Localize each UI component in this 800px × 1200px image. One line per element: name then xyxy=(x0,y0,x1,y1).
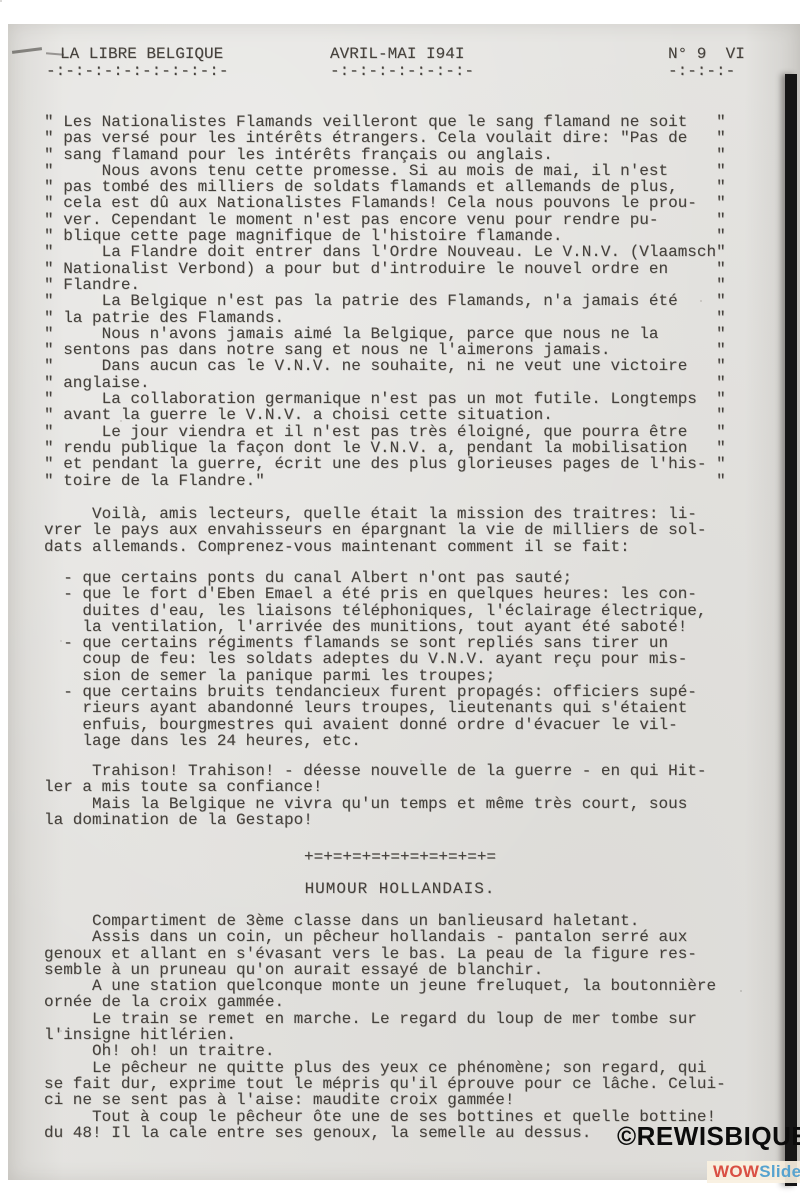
humour-paragraphs: Compartiment de 3ème classe dans un banl… xyxy=(44,913,726,1141)
trahison-paragraph: Trahison! Trahison! - déesse nouvelle de… xyxy=(44,763,707,828)
text-line: duites d'eau, les liaisons téléphoniques… xyxy=(44,603,707,619)
text-line: " sang flamand pour les intérêts françai… xyxy=(44,147,726,163)
issue-number: N° 9 VI xyxy=(668,46,745,62)
text-line: " Nous n'avons jamais aimé la Belgique, … xyxy=(44,326,726,342)
text-line: la ventilation, l'arrivée des munitions,… xyxy=(44,619,707,635)
text-line: Mais la Belgique ne vivra qu'un temps et… xyxy=(44,796,707,812)
text-line: sion de semer la panique parmi les troup… xyxy=(44,668,707,684)
text-line: " et pendant la guerre, écrit une des pl… xyxy=(44,456,726,472)
text-line: Le pêcheur ne quitte plus des yeux ce ph… xyxy=(44,1060,726,1076)
text-line: " La Flandre doit entrer dans l'Ordre No… xyxy=(44,244,726,260)
text-line: " La Belgique n'est pas la patrie des Fl… xyxy=(44,293,726,309)
text-line: A une station quelconque monte un jeune … xyxy=(44,978,726,994)
text-line: " sentons pas dans notre sang et nous ne… xyxy=(44,342,726,358)
text-line: Compartiment de 3ème classe dans un banl… xyxy=(44,913,726,929)
wowslider-watermark: WOWSlider xyxy=(707,1161,800,1183)
text-line: " blique cette page magnifique de l'hist… xyxy=(44,228,726,244)
text-line: " la patrie des Flamands. " xyxy=(44,310,726,326)
text-line: " Flandre. " xyxy=(44,277,726,293)
text-line: ci ne se sent pas à l'aise: maudite croi… xyxy=(44,1092,726,1108)
issue-date: AVRIL-MAI I94I xyxy=(330,46,464,62)
paper-speckles xyxy=(0,0,2,2)
text-line: Assis dans un coin, un pêcheur hollandai… xyxy=(44,929,726,945)
wowslider-wow-text: WOW xyxy=(713,1162,759,1181)
text-line: " Dans aucun cas le V.N.V. ne souhaite, … xyxy=(44,358,726,374)
text-line: l'insigne hitlérien. xyxy=(44,1027,726,1043)
text-line: " ver. Cependant le moment n'est pas enc… xyxy=(44,212,726,228)
text-line: " pas versé pour les intérêts étrangers.… xyxy=(44,130,726,146)
text-line: coup de feu: les soldats adeptes du V.N.… xyxy=(44,651,707,667)
text-line: semble à un pruneau qu'on aurait essayé … xyxy=(44,962,726,978)
newspaper-title: LA LIBRE BELGIQUE xyxy=(60,46,223,62)
text-line: " cela est dû aux Nationalistes Flamands… xyxy=(44,195,726,211)
date-underline: -:-:-:-:-:-:-:- xyxy=(330,63,474,79)
text-line: " Le jour viendra et il n'est pas très é… xyxy=(44,424,726,440)
copyright-watermark: ©REWISBIQUE xyxy=(617,1121,800,1152)
text-line: - que certains ponts du canal Albert n'o… xyxy=(44,570,707,586)
intro-paragraph: Voilà, amis lecteurs, quelle était la mi… xyxy=(44,506,707,555)
text-line: - que le fort d'Eben Emael a été pris en… xyxy=(44,586,707,602)
humour-section-heading: HUMOUR HOLLANDAIS. xyxy=(0,881,800,897)
text-line: la domination de la Gestapo! xyxy=(44,812,707,828)
text-line: ornée de la croix gammée. xyxy=(44,994,726,1010)
text-line: se fait dur, exprime tout le mépris qu'i… xyxy=(44,1076,726,1092)
quoted-vnv-statement: " Les Nationalistes Flamands veilleront … xyxy=(44,114,726,489)
text-line: dats allemands. Comprenez-vous maintenan… xyxy=(44,539,707,555)
text-line: Le train se remet en marche. Le regard d… xyxy=(44,1011,726,1027)
text-line: " anglaise. " xyxy=(44,375,726,391)
text-line: vrer le pays aux envahisseurs en épargna… xyxy=(44,522,707,538)
text-line: Oh! oh! un traitre. xyxy=(44,1043,726,1059)
sabotage-list: - que certains ponts du canal Albert n'o… xyxy=(44,570,707,749)
title-underline: -:-:-:-:-:-:-:-:-:- xyxy=(46,63,228,79)
text-line: " rendu publique la façon dont le V.N.V.… xyxy=(44,440,726,456)
text-line: " avant la guerre le V.N.V. a choisi cet… xyxy=(44,407,726,423)
text-line: Voilà, amis lecteurs, quelle était la mi… xyxy=(44,506,707,522)
text-line: " toire de la Flandre." " xyxy=(44,473,726,489)
text-line: - que certains bruits tendancieux furent… xyxy=(44,684,707,700)
scanned-newspaper-page: { "page": { "header": { "title": "LA LIB… xyxy=(0,0,800,1200)
text-line: lage dans les 24 heures, etc. xyxy=(44,733,707,749)
text-line: " La collaboration germanique n'est pas … xyxy=(44,391,726,407)
text-line: enfuis, bourgmestres qui avaient donné o… xyxy=(44,717,707,733)
wowslider-slider-text: Slider xyxy=(759,1162,800,1181)
text-line: " pas tombé des milliers de soldats flam… xyxy=(44,179,726,195)
text-line: - que certains régiments flamands se son… xyxy=(44,635,707,651)
text-line: " Nationalist Verbond) a pour but d'intr… xyxy=(44,261,726,277)
text-line: genoux et allant en s'évasant vers le ba… xyxy=(44,946,726,962)
section-separator: +=+=+=+=+=+=+=+=+=+= xyxy=(0,849,800,865)
text-line: " Nous avons tenu cette promesse. Si au … xyxy=(44,163,726,179)
scan-edge-shadow xyxy=(785,74,797,1186)
text-line: Trahison! Trahison! - déesse nouvelle de… xyxy=(44,763,707,779)
text-line: ler a mis toute sa confiance! xyxy=(44,779,707,795)
text-line: rieurs ayant abandonné leurs troupes, li… xyxy=(44,700,707,716)
issue-underline: -:-:-:- xyxy=(668,63,735,79)
text-line: " Les Nationalistes Flamands veilleront … xyxy=(44,114,726,130)
